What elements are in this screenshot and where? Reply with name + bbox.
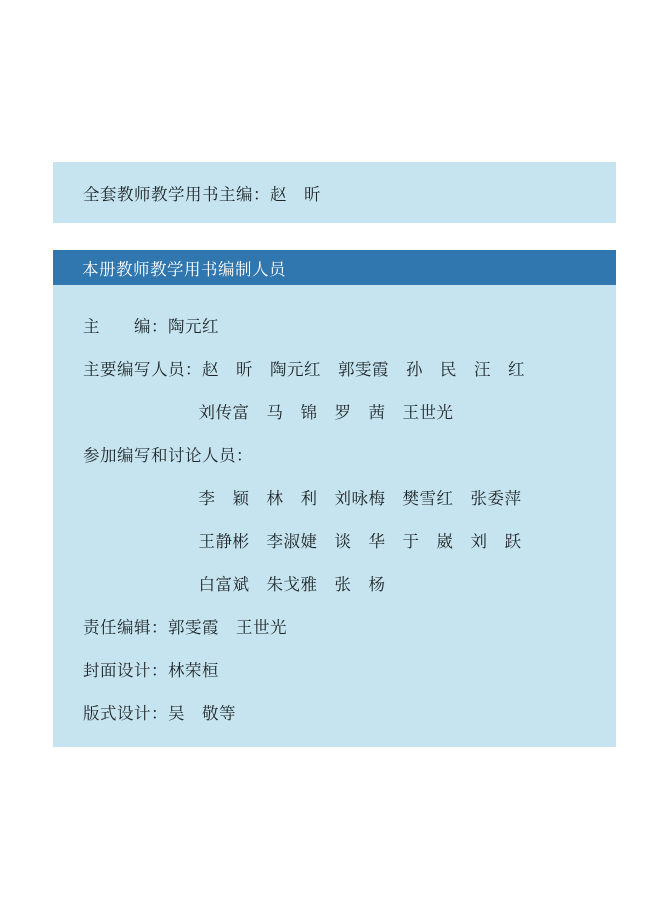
credit-line-main-writers: 主要编写人员：赵 昕 陶元红 郭雯霞 孙 民 汪 红 [83, 349, 600, 392]
credits-panel-title: 本册教师教学用书编制人员 [82, 256, 286, 280]
credits-panel-header: 本册教师教学用书编制人员 [53, 250, 616, 285]
credit-line-responsible-editor: 责任编辑：郭雯霞 王世光 [83, 607, 600, 650]
credits-panel-body: 主 编：陶元红 主要编写人员：赵 昕 陶元红 郭雯霞 孙 民 汪 红 刘传富 马… [53, 285, 616, 736]
credit-line-contributors-label: 参加编写和讨论人员： [83, 435, 600, 478]
volume-credits-panel: 本册教师教学用书编制人员 主 编：陶元红 主要编写人员：赵 昕 陶元红 郭雯霞 … [53, 250, 616, 747]
credit-line-chief-editor: 主 编：陶元红 [83, 306, 600, 349]
series-editor-text: 全套教师教学用书主编：赵 昕 [83, 181, 321, 205]
series-editor-panel: 全套教师教学用书主编：赵 昕 [53, 162, 616, 223]
credit-line-contributors-3: 白富斌 朱戈雅 张 杨 [83, 564, 600, 607]
credit-line-cover-design: 封面设计：林荣桓 [83, 650, 600, 693]
credit-line-main-writers-cont: 刘传富 马 锦 罗 茜 王世光 [83, 392, 600, 435]
credit-line-contributors-2: 王静彬 李淑婕 谈 华 于 崴 刘 跃 [83, 521, 600, 564]
credit-line-contributors-1: 李 颖 林 利 刘咏梅 樊雪红 张委萍 [83, 478, 600, 521]
book-credits-page: { "colors": { "page_background": "#fffff… [0, 0, 650, 918]
credit-line-layout-design: 版式设计：吴 敬等 [83, 693, 600, 736]
